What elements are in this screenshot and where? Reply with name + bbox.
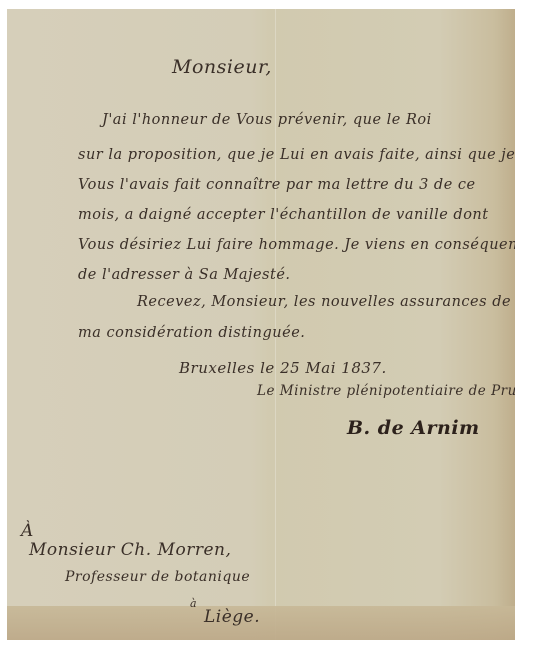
place-date: Bruxelles le 25 Mai 1837. (179, 359, 387, 377)
address-recipient: Monsieur Ch. Morren, (29, 540, 231, 560)
body-line: Vous l'avais fait connaître par ma lettr… (78, 177, 476, 193)
body-line: Vous désiriez Lui faire hommage. Je vien… (78, 237, 515, 253)
signature: B. de Arnim (347, 417, 480, 439)
address-prefix: À (21, 521, 34, 541)
body-line: Recevez, Monsieur, les nouvelles assuran… (137, 294, 511, 310)
body-line: ma considération distinguée. (78, 325, 305, 341)
body-line: de l'adresser à Sa Majesté. (78, 267, 291, 283)
letter-page: Monsieur, J'ai l'honneur de Vous préveni… (7, 9, 515, 640)
signatory-title: Le Ministre plénipotentiaire de Prusse (257, 383, 515, 399)
salutation: Monsieur, (172, 56, 272, 78)
address-position: Professeur de botanique (65, 569, 250, 585)
body-line: sur la proposition, que je Lui en avais … (78, 147, 515, 163)
address-city: Liège. (204, 607, 260, 627)
address-prefix-city: à (190, 597, 197, 610)
body-line: J'ai l'honneur de Vous prévenir, que le … (102, 112, 432, 128)
body-line: mois, a daigné accepter l'échantillon de… (78, 207, 489, 223)
